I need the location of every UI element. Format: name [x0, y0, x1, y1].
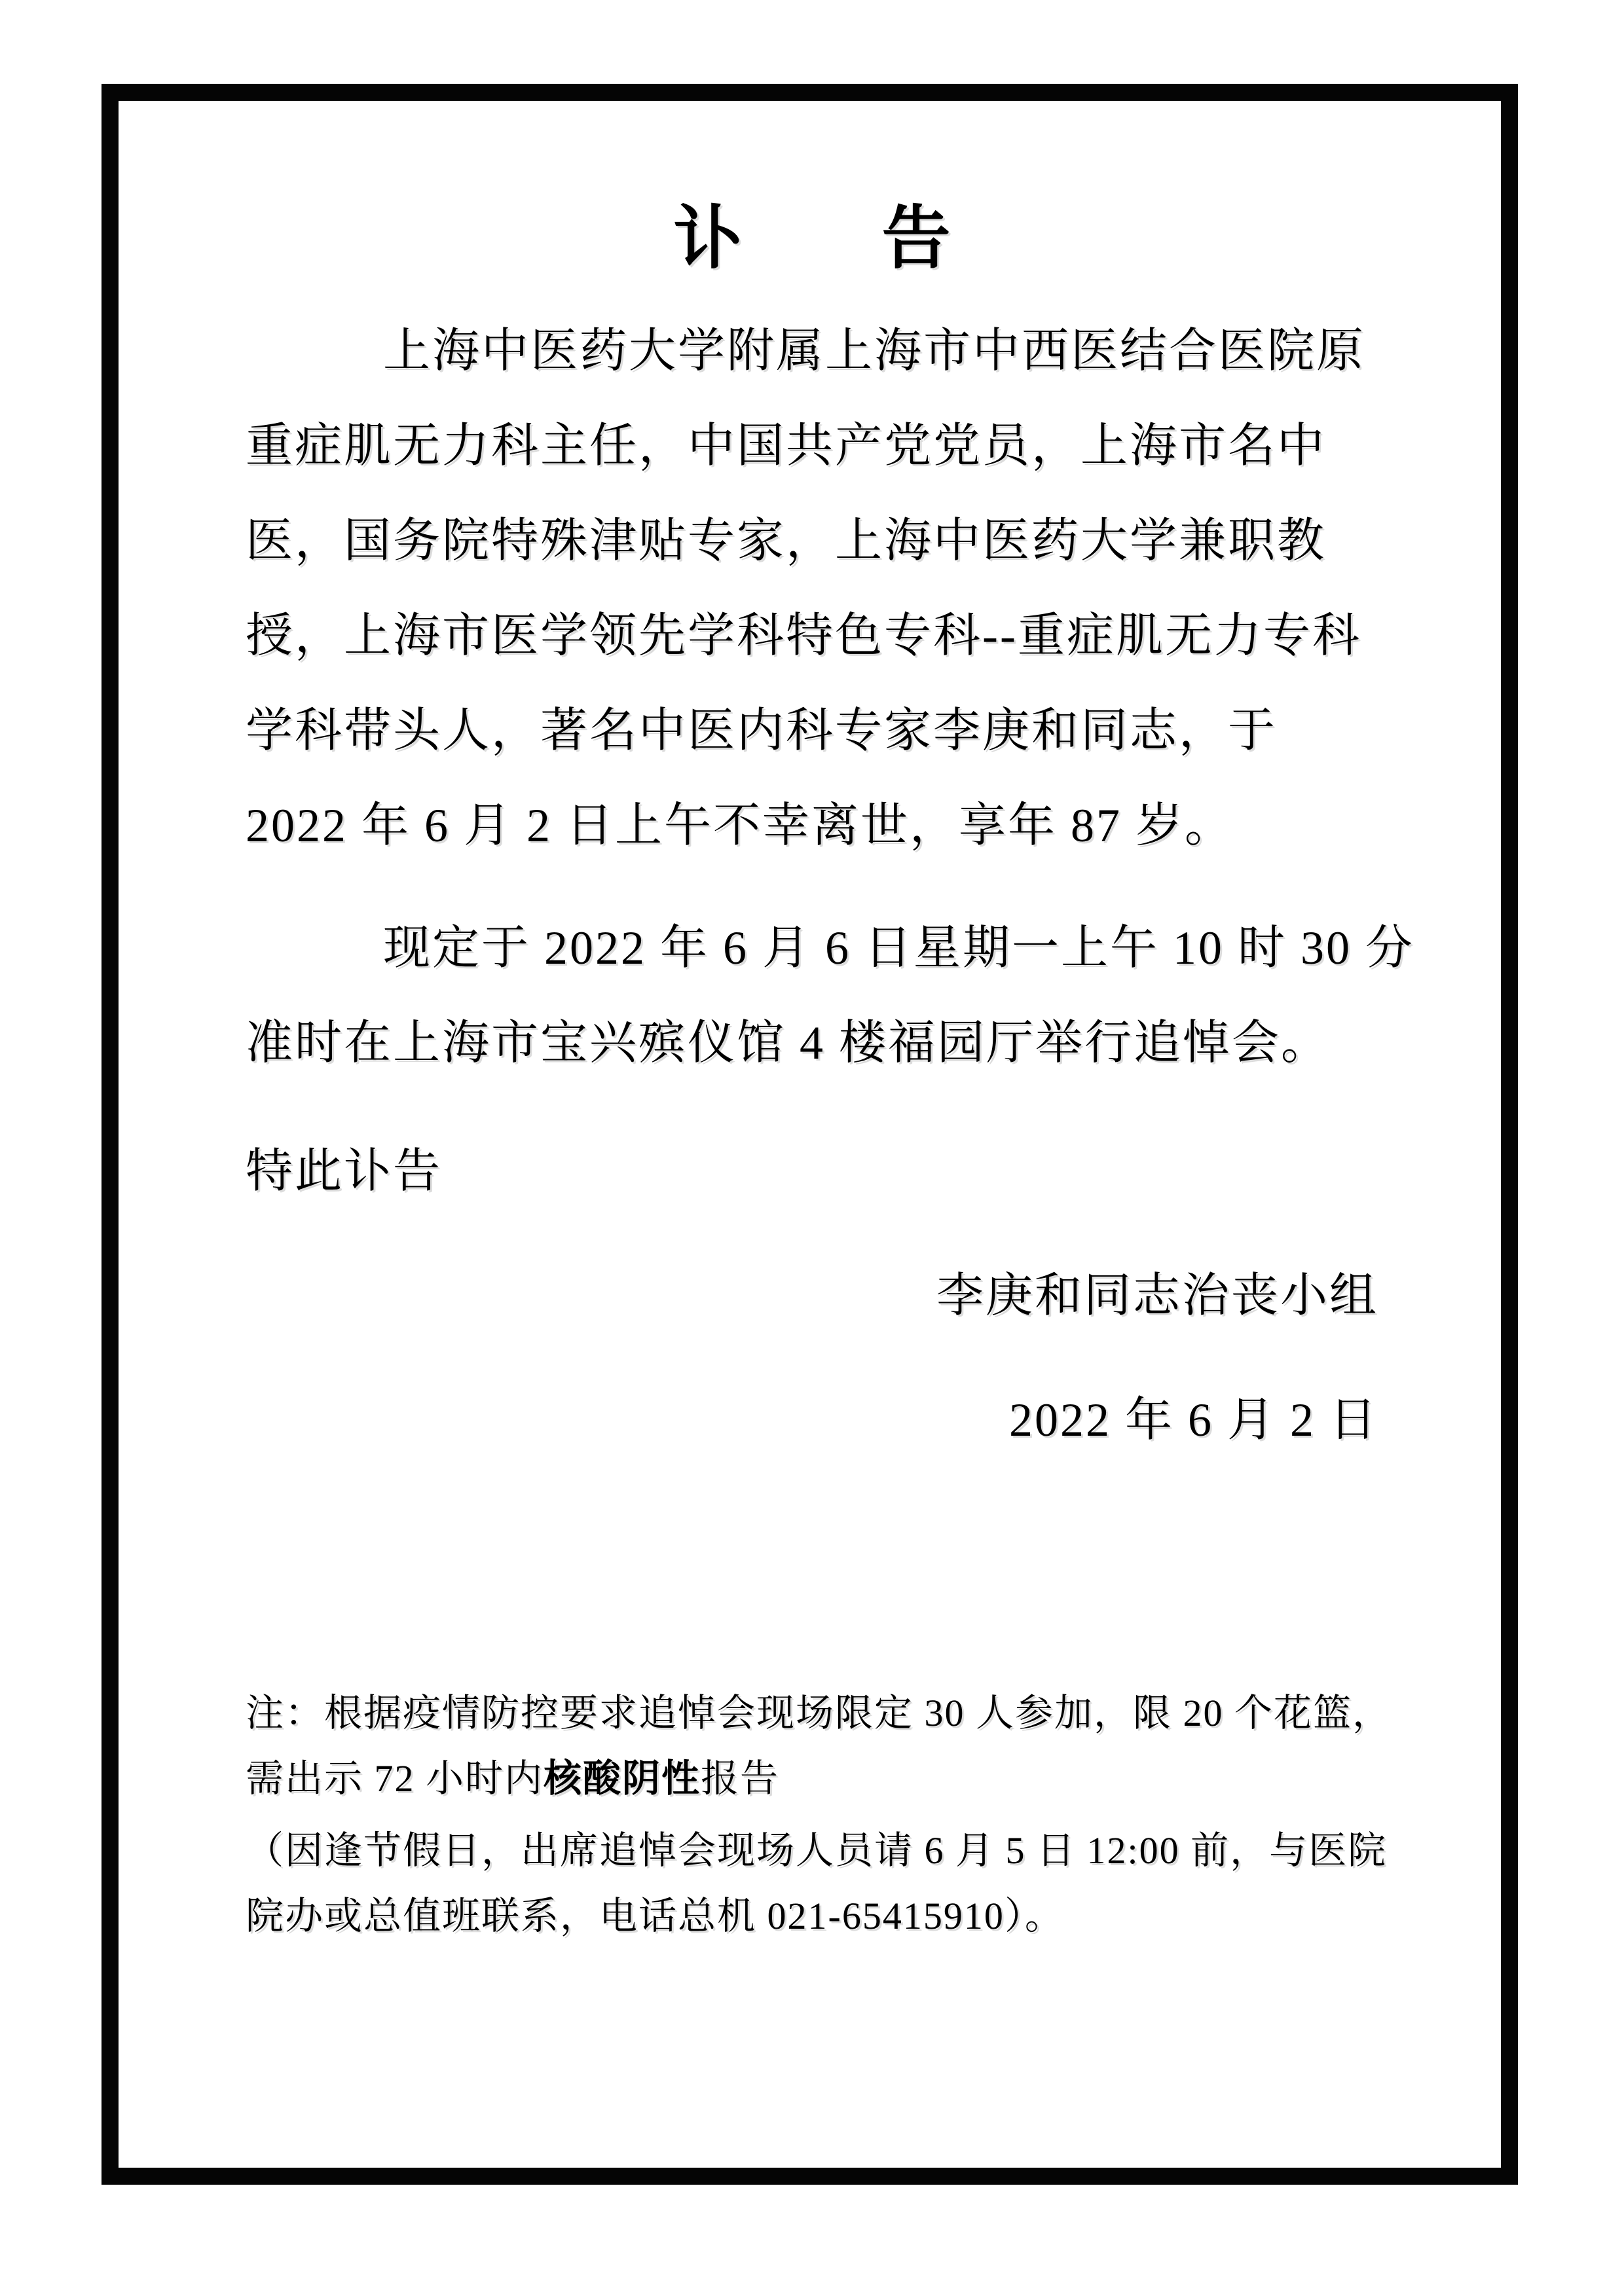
body-line: 授，上海市医学领先学科特色专科--重症肌无力专科: [246, 589, 1378, 683]
body-line: 现定于 2022 年 6 月 6 日星期一上午 10 时 30 分: [246, 901, 1378, 996]
note-line-2-bold: 核酸阴性: [544, 1757, 701, 1800]
note-p2-line-1: （因逢节假日，出席追悼会现场人员请 6 月 5 日 12:00 前，与医院: [246, 1818, 1378, 1884]
body-line: 2022 年 6 月 2 日上午不幸离世，享年 87 岁。: [246, 778, 1378, 873]
body-line: 医，国务院特殊津贴专家，上海中医药大学兼职教: [246, 494, 1378, 589]
note-paragraph-2: （因逢节假日，出席追悼会现场人员请 6 月 5 日 12:00 前，与医院 院办…: [246, 1818, 1378, 1949]
note-line-2-pre: 需出示 72 小时内: [246, 1757, 544, 1800]
obituary-paragraph-1: 上海中医药大学附属上海市中西医结合医院原 重症肌无力科主任，中国共产党党员，上海…: [246, 304, 1378, 873]
body-line: 准时在上海市宝兴殡仪馆 4 楼福园厅举行追悼会。: [246, 996, 1378, 1091]
note-line-2-post: 报告: [701, 1757, 779, 1800]
note-section: 注：根据疫情防控要求追悼会现场限定 30 人参加，限 20 个花篮， 需出示 7…: [246, 1681, 1378, 1949]
notice-title-characters: 讣 告: [673, 204, 950, 273]
note-line-1: 注：根据疫情防控要求追悼会现场限定 30 人参加，限 20 个花篮，: [246, 1681, 1378, 1746]
notice-content: 讣 告 上海中医药大学附属上海市中西医结合医院原 重症肌无力科主任，中国共产党党…: [246, 0, 1378, 1949]
body-line: 上海中医药大学附属上海市中西医结合医院原: [246, 304, 1378, 399]
note-line-2: 需出示 72 小时内核酸阴性报告: [246, 1746, 1378, 1812]
note-p2-line-2: 院办或总值班联系，电话总机 021-65415910）。: [246, 1884, 1378, 1949]
signature-text: 李庚和同志治丧小组: [246, 1248, 1378, 1343]
body-line: 重症肌无力科主任，中国共产党党员，上海市名中: [246, 399, 1378, 494]
date-text: 2022 年 6 月 2 日: [246, 1373, 1378, 1468]
date-line: 2022 年 6 月 2 日: [246, 1373, 1378, 1468]
closing-text: 特此讣告: [246, 1124, 1378, 1219]
title-char-left: 讣: [673, 204, 742, 273]
notice-title: 讣 告: [246, 204, 1378, 273]
signature-line: 李庚和同志治丧小组: [246, 1248, 1378, 1343]
closing-line: 特此讣告: [246, 1124, 1378, 1219]
title-char-right: 告: [882, 204, 951, 273]
body-line: 学科带头人，著名中医内科专家李庚和同志，于: [246, 683, 1378, 778]
obituary-notice-page: 讣 告 上海中医药大学附属上海市中西医结合医院原 重症肌无力科主任，中国共产党党…: [0, 0, 1624, 2296]
memorial-service-paragraph: 现定于 2022 年 6 月 6 日星期一上午 10 时 30 分 准时在上海市…: [246, 901, 1378, 1091]
